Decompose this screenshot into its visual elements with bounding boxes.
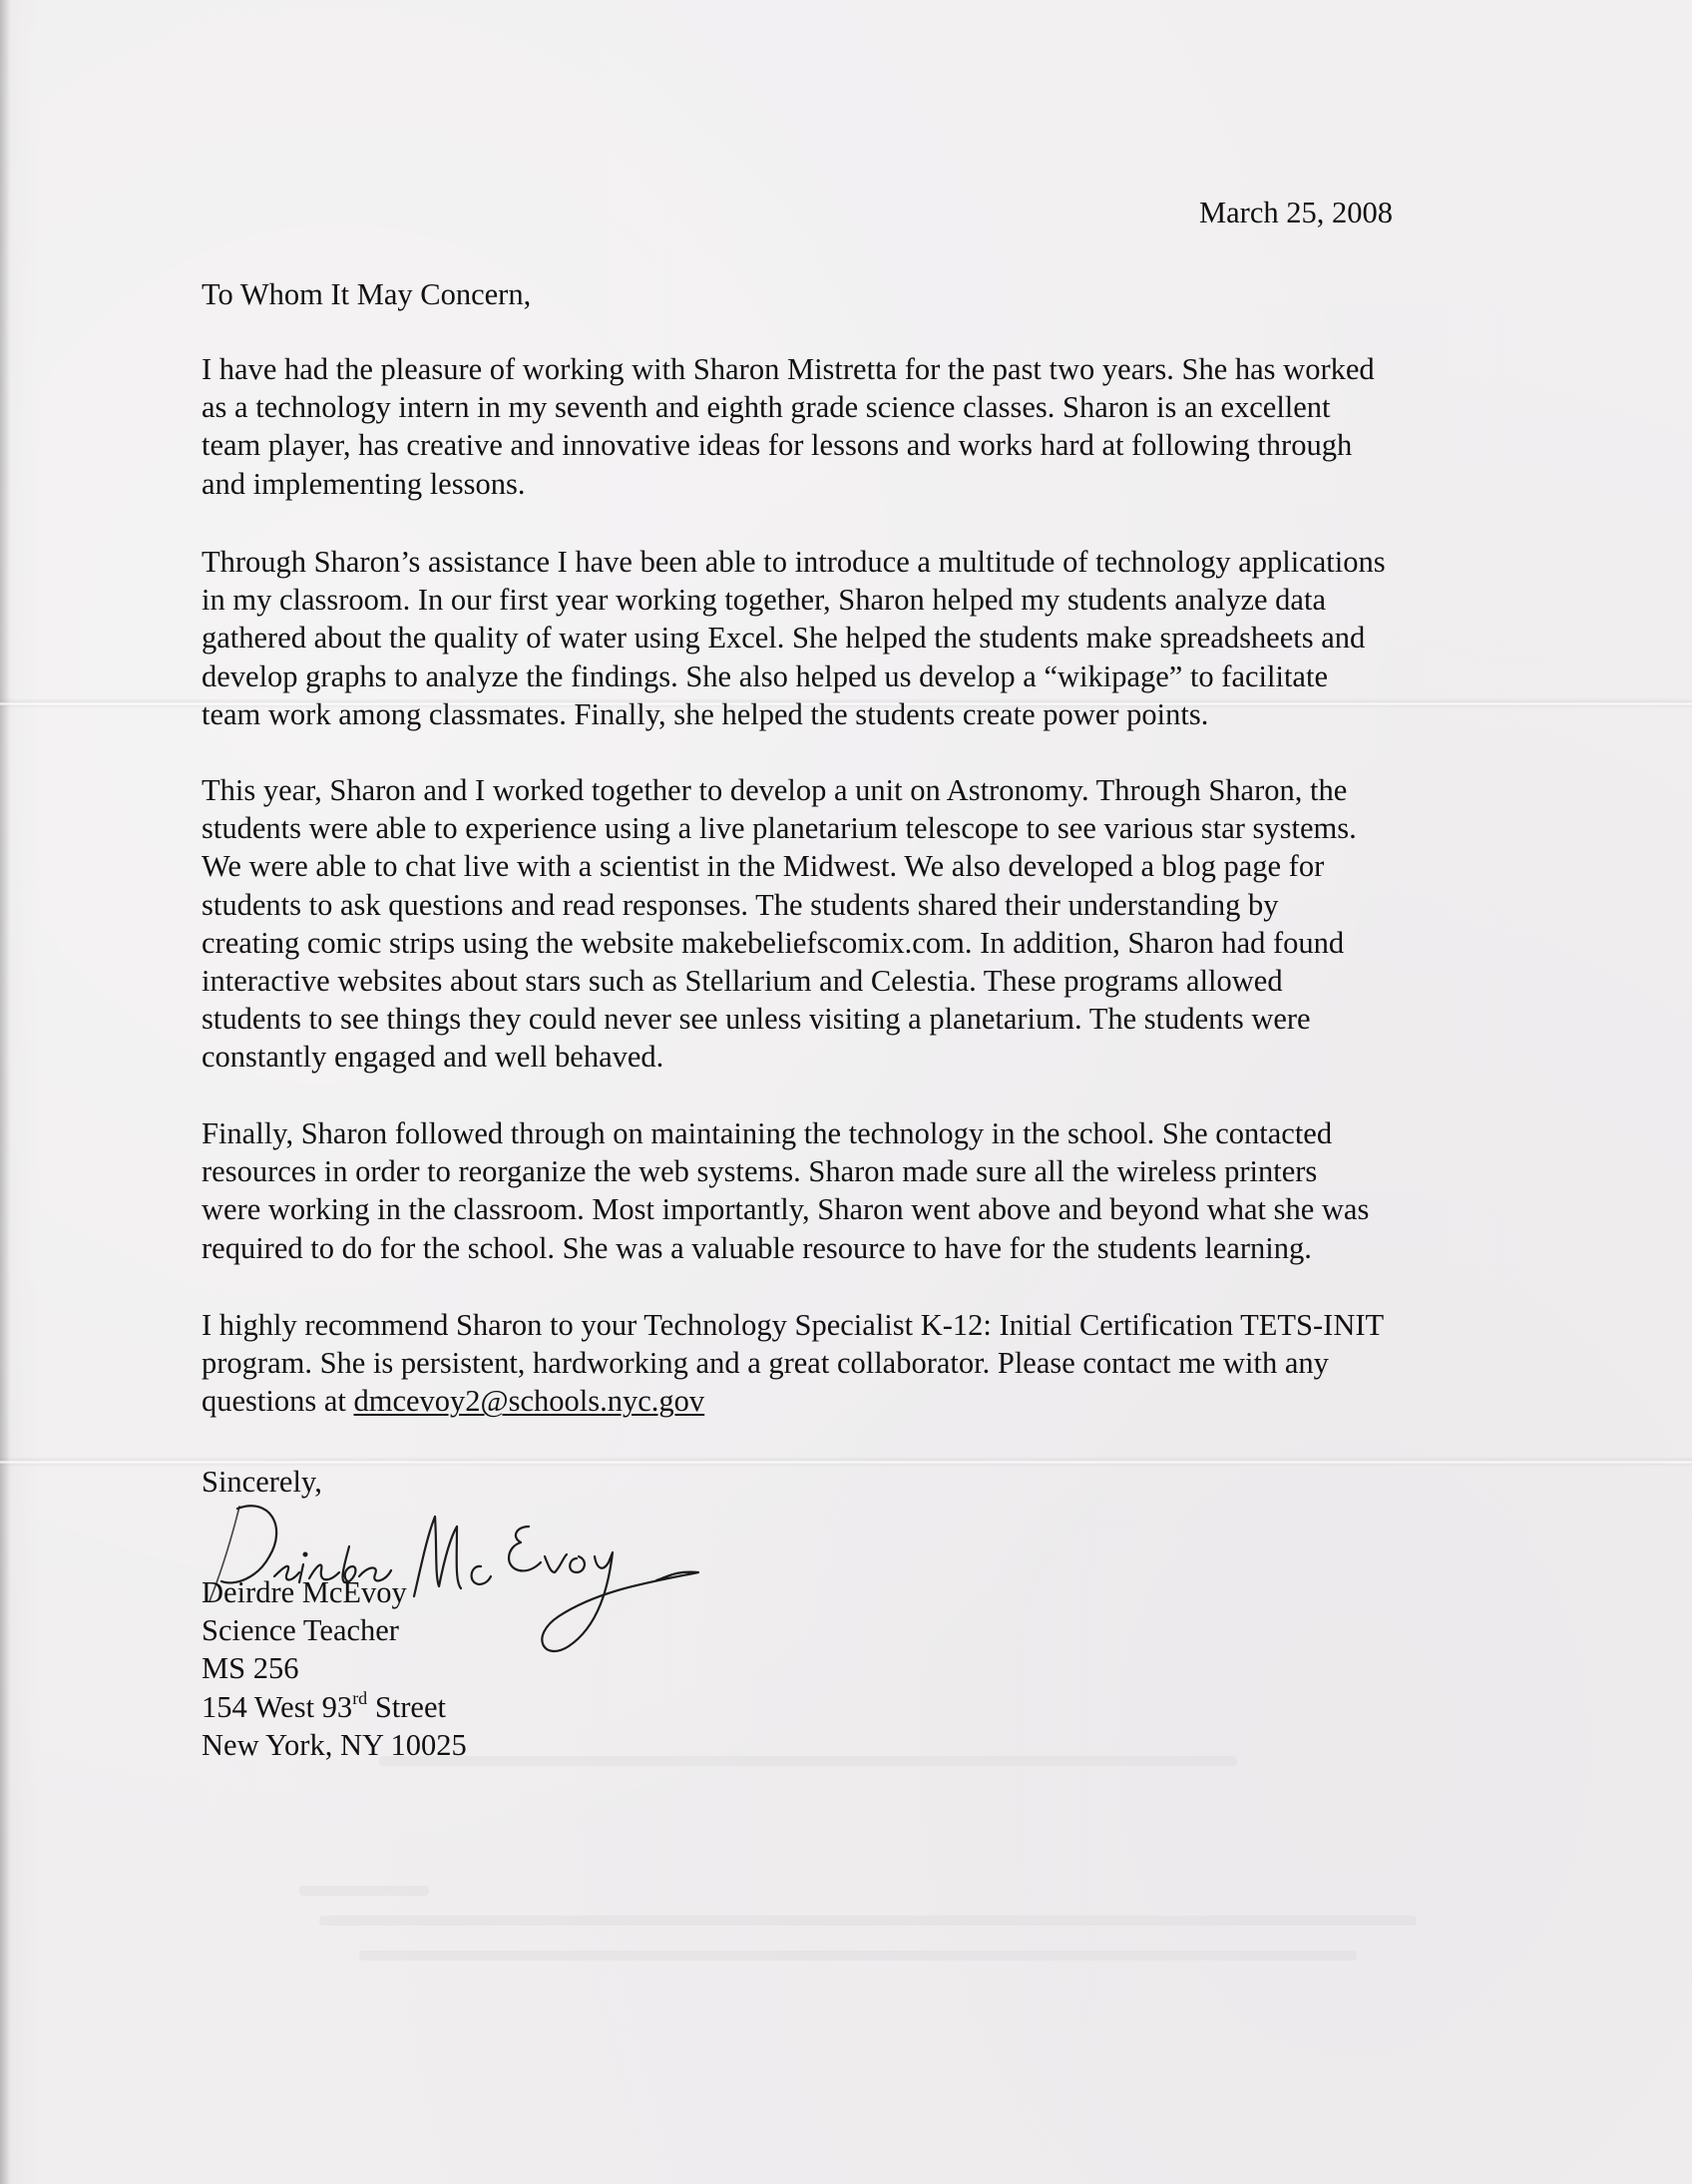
text-line: as a technology intern in my seventh and…: [202, 388, 1375, 426]
paragraph-intro: I have had the pleasure of working with …: [202, 350, 1375, 503]
text-line: I have had the pleasure of working with …: [202, 350, 1375, 388]
text-line: We were able to chat live with a scienti…: [202, 847, 1357, 885]
signer-name: Deirdre McEvoy: [202, 1573, 467, 1611]
street-suffix: Street: [367, 1690, 446, 1724]
text-line: program. She is persistent, hardworking …: [202, 1344, 1384, 1382]
text-line: resources in order to reorganize the web…: [202, 1152, 1369, 1190]
street-number: 154 West 93: [202, 1690, 352, 1724]
text-line: were working in the classroom. Most impo…: [202, 1190, 1369, 1228]
street-ordinal: rd: [352, 1688, 367, 1708]
signer-title: Science Teacher: [202, 1611, 467, 1649]
paragraph-maintenance: Finally, Sharon followed through on main…: [202, 1114, 1369, 1267]
paragraph-first-year: Through Sharon’s assistance I have been …: [202, 543, 1386, 733]
text-line: interactive websites about stars such as…: [202, 962, 1357, 1000]
signer-block: Deirdre McEvoy Science Teacher MS 256 15…: [202, 1573, 467, 1764]
text-line: I highly recommend Sharon to your Techno…: [202, 1306, 1384, 1344]
bleed-through-marks: [299, 1756, 1496, 1956]
text-line-contact: questions at dmcevoy2@schools.nyc.gov: [202, 1382, 1384, 1420]
text-line: This year, Sharon and I worked together …: [202, 771, 1357, 809]
email-link[interactable]: dmcevoy2@schools.nyc.gov: [354, 1384, 705, 1418]
text-line: Finally, Sharon followed through on main…: [202, 1114, 1369, 1152]
text-line: constantly engaged and well behaved.: [202, 1038, 1357, 1076]
text-line: Through Sharon’s assistance I have been …: [202, 543, 1386, 581]
text-line: team player, has creative and innovative…: [202, 426, 1375, 464]
text-line: gathered about the quality of water usin…: [202, 619, 1386, 656]
text-line: develop graphs to analyze the findings. …: [202, 657, 1386, 695]
text-line: students to see things they could never …: [202, 1000, 1357, 1038]
text-line: students to ask questions and read respo…: [202, 886, 1357, 924]
paragraph-astronomy: This year, Sharon and I worked together …: [202, 771, 1357, 1077]
text-line: required to do for the school. She was a…: [202, 1229, 1369, 1267]
signer-street: 154 West 93rd Street: [202, 1688, 467, 1726]
paragraph-recommendation: I highly recommend Sharon to your Techno…: [202, 1306, 1384, 1421]
contact-prefix: questions at: [202, 1384, 354, 1418]
text-line: in my classroom. In our first year worki…: [202, 581, 1386, 619]
letter-date: March 25, 2008: [1199, 196, 1393, 230]
text-line: creating comic strips using the website …: [202, 924, 1357, 962]
text-line: students were able to experience using a…: [202, 809, 1357, 847]
scan-edge-shadow: [0, 0, 10, 2184]
text-line: and implementing lessons.: [202, 465, 1375, 503]
salutation: To Whom It May Concern,: [202, 277, 531, 312]
text-line: team work among classmates. Finally, she…: [202, 695, 1386, 733]
signer-school: MS 256: [202, 1649, 467, 1687]
